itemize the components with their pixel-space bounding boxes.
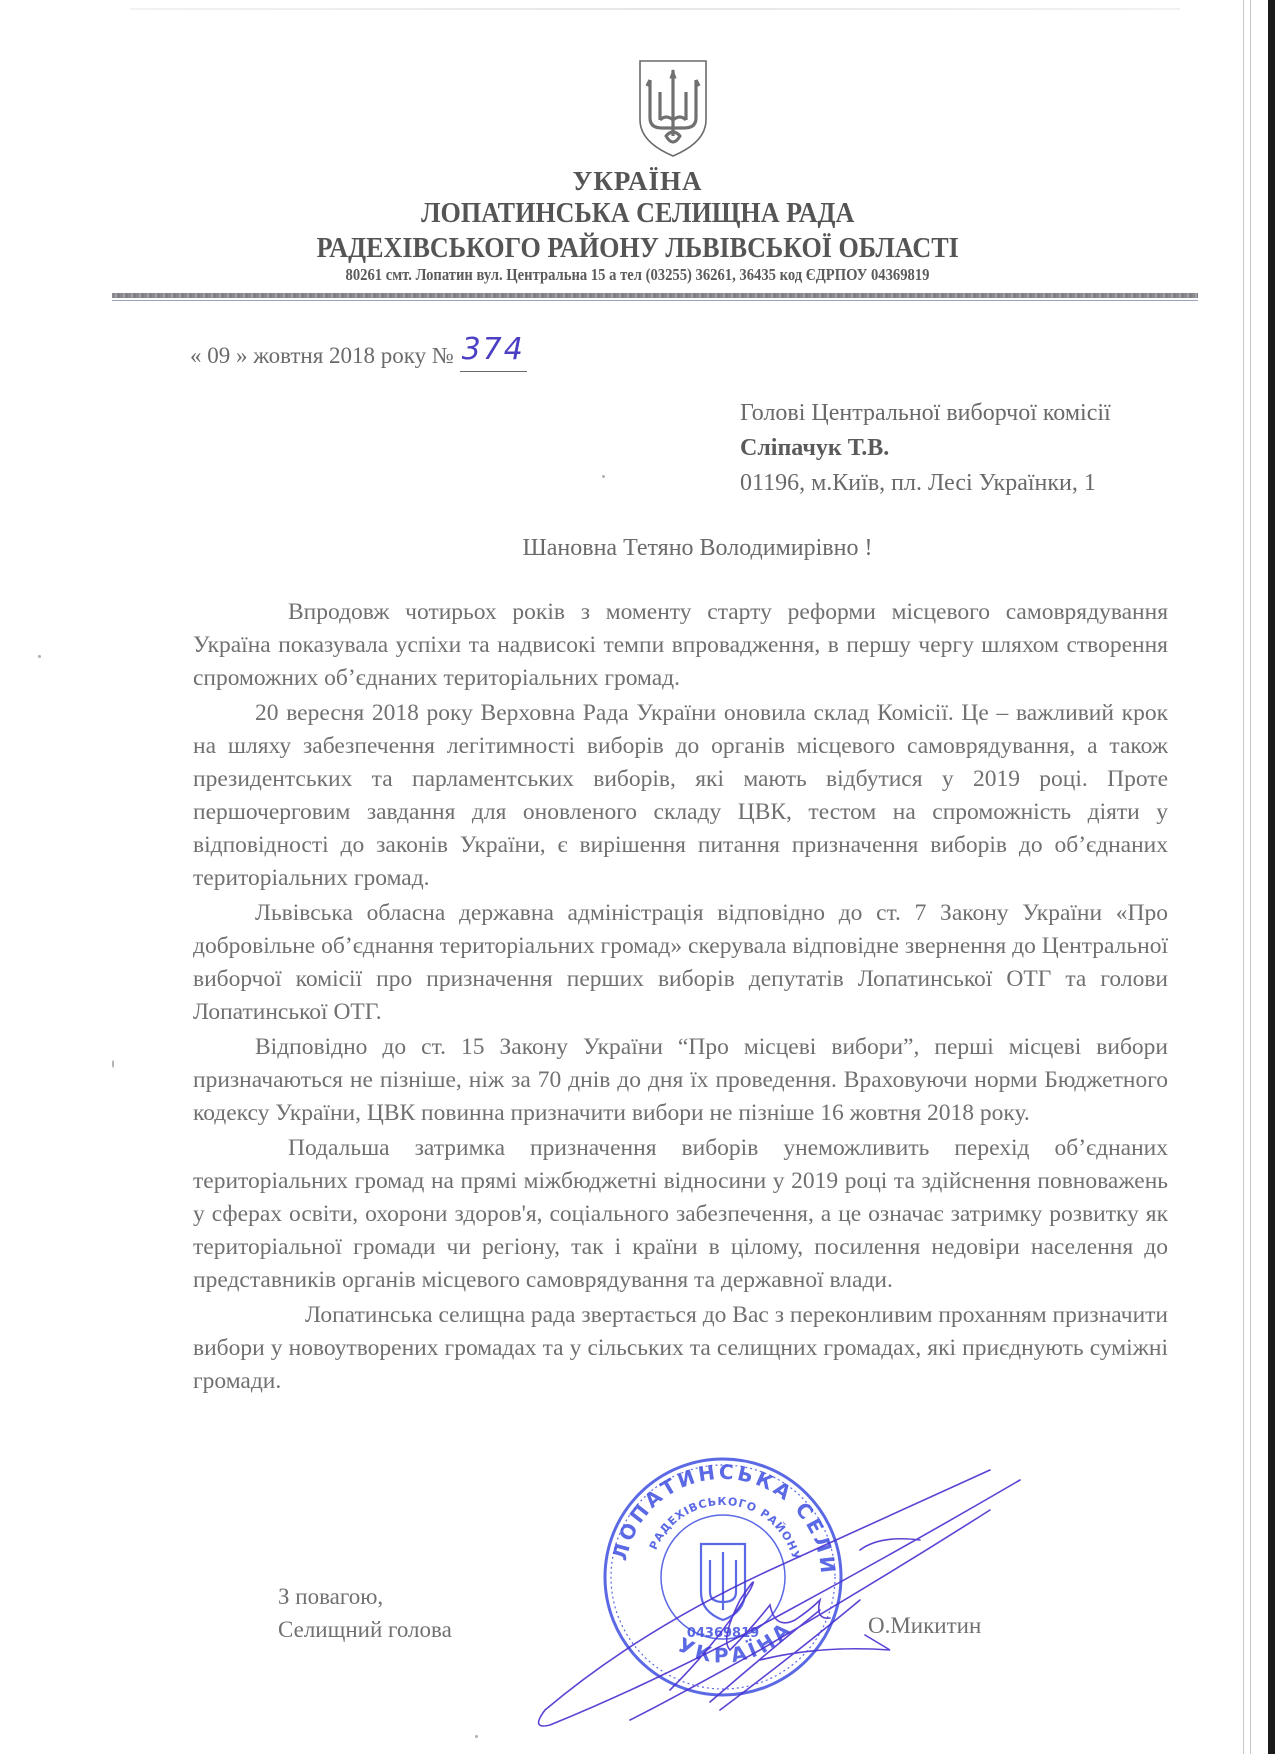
letter-date: « 09 » жовтня 2018 року № — [190, 343, 454, 368]
scan-speck — [475, 1735, 478, 1738]
addressee-name: Сліпачук Т.В. — [740, 431, 1111, 466]
header-council-name: ЛОПАТИНСЬКА СЕЛИЩНА РАДА — [0, 197, 1275, 230]
body-paragraph: Відповідно до ст. 15 Закону України “Про… — [193, 1031, 1168, 1130]
salutation: Шановна Тетяно Володимирівно ! — [0, 535, 1275, 562]
letter-number-field: 374 — [460, 336, 527, 372]
letter-date-number: « 09 » жовтня 2018 року № 374 — [190, 336, 527, 372]
addressee-block: Голові Центральної виборчої комісії Сліп… — [740, 396, 1111, 501]
handwritten-signature-icon — [520, 1440, 1040, 1740]
scan-speck — [38, 655, 41, 658]
scan-speck — [602, 475, 605, 478]
closing-regards: З повагою, — [278, 1580, 452, 1613]
header-rule — [112, 293, 1198, 298]
body-paragraph: 20 вересня 2018 року Верховна Рада Украї… — [193, 697, 1168, 895]
header-address: 80261 смт. Лопатин вул. Центральна 15 а … — [0, 265, 1275, 285]
body-paragraph: Подальша затримка призначення виборів ун… — [193, 1132, 1168, 1297]
header-district: РАДЕХІВСЬКОГО РАЙОНУ ЛЬВІВСЬКОЇ ОБЛАСТІ — [0, 232, 1275, 265]
scan-speck — [112, 1060, 114, 1068]
signatory-position: Селищний голова — [278, 1613, 452, 1646]
ukraine-trident-emblem-icon — [636, 58, 710, 158]
addressee-title: Голові Центральної виборчої комісії — [740, 396, 1111, 431]
body-paragraph: Львівська обласна державна адміністрація… — [193, 897, 1168, 1029]
header-country: УКРАЇНА — [0, 166, 1275, 197]
header-rule-thin — [112, 300, 1198, 301]
closing-block: З повагою, Селищний голова — [278, 1580, 452, 1646]
addressee-address: 01196, м.Київ, пл. Лесі Українки, 1 — [740, 466, 1111, 501]
letter-number-handwritten: 374 — [462, 332, 525, 367]
body-paragraph: Впродовж чотирьох років з моменту старту… — [193, 596, 1168, 695]
body-paragraph: Лопатинська селищна рада звертається до … — [193, 1299, 1168, 1398]
letter-body: Впродовж чотирьох років з моменту старту… — [193, 596, 1168, 1398]
scan-artifact-top — [130, 8, 1180, 10]
